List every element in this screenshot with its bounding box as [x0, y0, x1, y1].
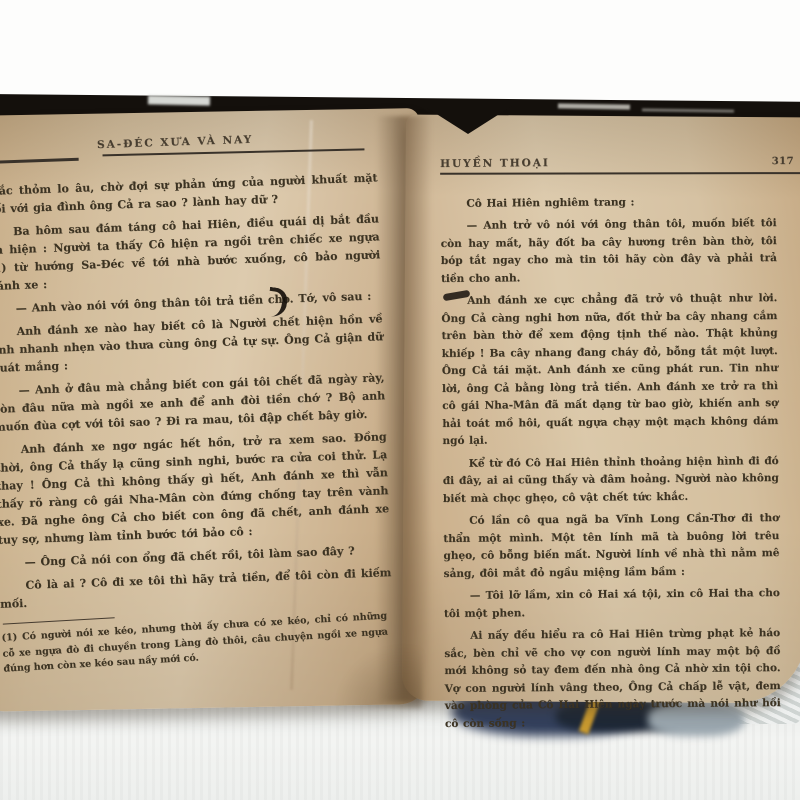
paragraph: Anh đánh xe nào hay biết cô là Người chế… [0, 310, 384, 378]
page-edge-highlight [148, 95, 210, 105]
page-number: 317 [772, 156, 794, 167]
paragraph: — Anh trở vô nói với ông thân tôi, muốn … [441, 215, 778, 288]
left-page-text: SA-ĐÉC XƯA VÀ NAY thắc thỏm lo âu, chờ đ… [0, 129, 400, 677]
paragraph: Ai nấy đều hiểu ra cô Hai Hiên trừng phạ… [444, 625, 781, 733]
right-page-body: Cô Hai Hiên nghiêm trang :— Anh trở vô n… [440, 193, 781, 733]
paragraph: — Tôi lỡ lầm, xin cô Hai xá tội, xin cô … [444, 585, 780, 623]
gutter-top-shadow [424, 106, 512, 134]
paragraph: Có lần cô qua ngã ba Vĩnh Long Cần-Thơ đ… [443, 510, 780, 583]
right-page-header: HUYỀN THOẠI 317 [440, 155, 794, 170]
footnote-rule [3, 617, 115, 625]
right-page-text: HUYỀN THOẠI 317 Cô Hai Hiên nghiêm trang… [440, 155, 783, 738]
paragraph: Anh đánh xe ngơ ngác hết hồn, trở ra xem… [0, 428, 390, 550]
book-photo: SA-ĐÉC XƯA VÀ NAY thắc thỏm lo âu, chờ đ… [0, 0, 800, 800]
paragraph: — Anh ở đâu mà chẳng biết con gái tôi ch… [0, 369, 386, 437]
paragraph: Cô Hai Hiên nghiêm trang : [440, 193, 776, 213]
right-running-head: HUYỀN THOẠI [440, 157, 550, 170]
left-page-body: thắc thỏm lo âu, chờ đợi sự phản ứng của… [0, 169, 392, 613]
header-rule-segment [0, 158, 79, 164]
paragraph: Kể từ đó Cô Hai Hiên thỉnh thoảng hiện h… [443, 453, 779, 508]
paragraph: Ba hôm sau đám táng cô hai Hiên, điều qu… [0, 210, 381, 296]
right-header-rule [440, 172, 800, 174]
paragraph: Anh đánh xe cực chẳng đã trở vô thuật nh… [441, 290, 778, 450]
